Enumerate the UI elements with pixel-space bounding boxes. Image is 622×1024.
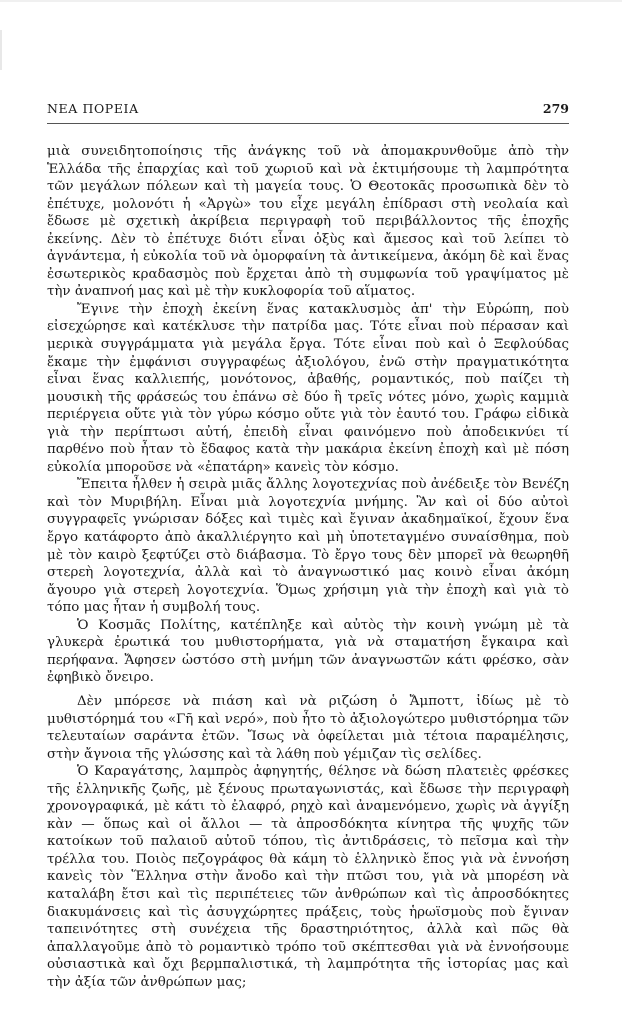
paragraph-5: Δὲν μπόρεσε νὰ πιάση καὶ νὰ ριζώση ὁ Ἄμπ… [47, 693, 569, 763]
paragraph-6: Ὁ Καραγάτσης, λαμπρὸς ἀφηγητής, θέλησε ν… [47, 763, 569, 991]
paragraph-2: Ἔγινε τὴν ἐποχὴ ἐκείνη ἕνας κατακλυσμὸς … [47, 301, 569, 476]
paragraph-3: Ἔπειτα ἦλθεν ἡ σειρὰ μιᾶς ἄλλης λογοτεχν… [47, 476, 569, 616]
journal-title: ΝΕΑ ΠΟΡΕΙΑ [47, 101, 139, 116]
scan-edge-top [0, 0, 622, 2]
document-page: ΝΕΑ ΠΟΡΕΙΑ 279 μιὰ συνειδητοποίησις τῆς … [47, 101, 569, 991]
scan-edge-left [0, 30, 2, 70]
paragraph-4: Ὁ Κοσμᾶς Πολίτης, κατέπληξε καὶ αὐτὸς τὴ… [47, 617, 569, 687]
body-text: μιὰ συνειδητοποίησις τῆς ἀνάγκης τοῦ νὰ … [47, 143, 569, 991]
page-number: 279 [543, 101, 569, 116]
paragraph-1: μιὰ συνειδητοποίησις τῆς ἀνάγκης τοῦ νὰ … [47, 143, 569, 301]
header-rule [47, 123, 569, 124]
running-header: ΝΕΑ ΠΟΡΕΙΑ 279 [47, 101, 569, 121]
